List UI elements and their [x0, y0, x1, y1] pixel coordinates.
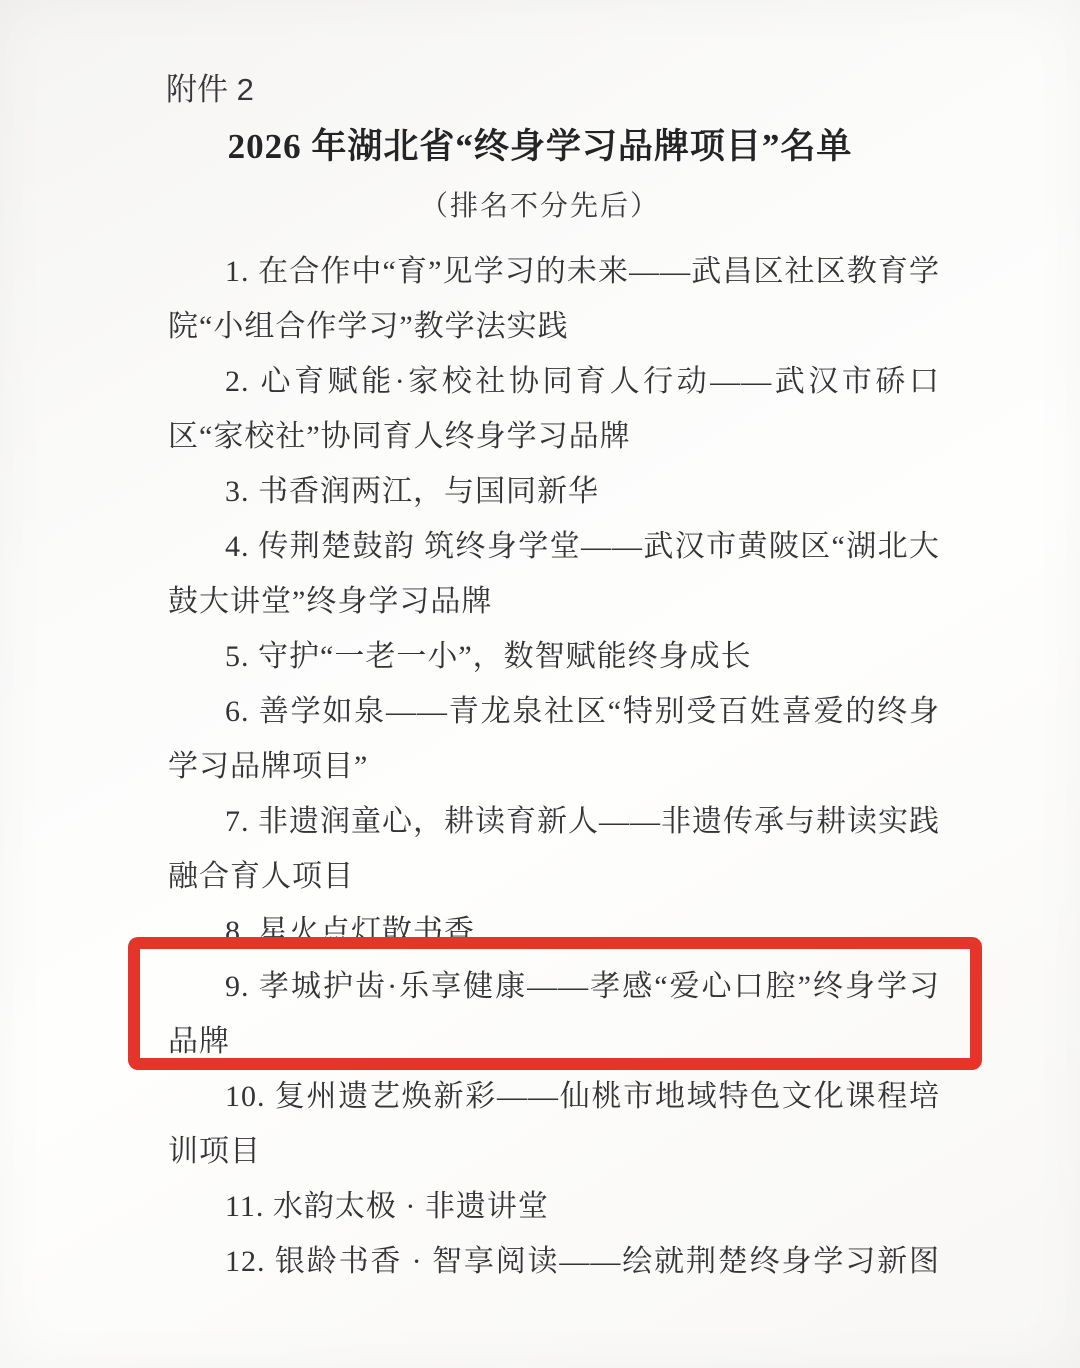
list-item-12: 12. 银龄书香 · 智享阅读——绘就荆楚终身学习新图景: [168, 1234, 940, 1289]
list-item-2: 2. 心育赋能·家校社协同育人行动——武汉市硚口区“家校社”协同育人终身学习品牌: [168, 354, 940, 464]
list-item-9-highlighted: 9. 孝城护齿·乐享健康——孝感“爱心口腔”终身学习品牌: [168, 959, 940, 1069]
project-list: 1. 在合作中“育”见学习的未来——武昌区社区教育学院“小组合作学习”教学法实践…: [168, 244, 940, 1289]
list-item-3: 3. 书香润两江，与国同新华: [168, 464, 940, 519]
list-item-1: 1. 在合作中“育”见学习的未来——武昌区社区教育学院“小组合作学习”教学法实践: [168, 244, 940, 354]
list-item-10: 10. 复州遗艺焕新彩——仙桃市地域特色文化课程培训项目: [168, 1069, 940, 1179]
list-item-5: 5. 守护“一老一小”，数智赋能终身成长: [168, 629, 940, 684]
list-item-11: 11. 水韵太极 · 非遗讲堂: [168, 1179, 940, 1234]
attachment-label: 附件 2: [166, 72, 254, 108]
document-page: 附件 2 2026 年湖北省“终身学习品牌项目”名单 （排名不分先后） 1. 在…: [0, 0, 1080, 1368]
list-item-6: 6. 善学如泉——青龙泉社区“特别受百姓喜爱的终身学习品牌项目”: [168, 684, 940, 794]
list-item-8: 8. 星火点灯散书香: [168, 904, 940, 959]
list-item-4: 4. 传荆楚鼓韵 筑终身学堂——武汉市黄陂区“湖北大鼓大讲堂”终身学习品牌: [168, 519, 940, 629]
document-subtitle: （排名不分先后）: [0, 190, 1080, 224]
list-item-7: 7. 非遗润童心，耕读育新人——非遗传承与耕读实践融合育人项目: [168, 794, 940, 904]
document-title: 2026 年湖北省“终身学习品牌项目”名单: [0, 126, 1080, 168]
